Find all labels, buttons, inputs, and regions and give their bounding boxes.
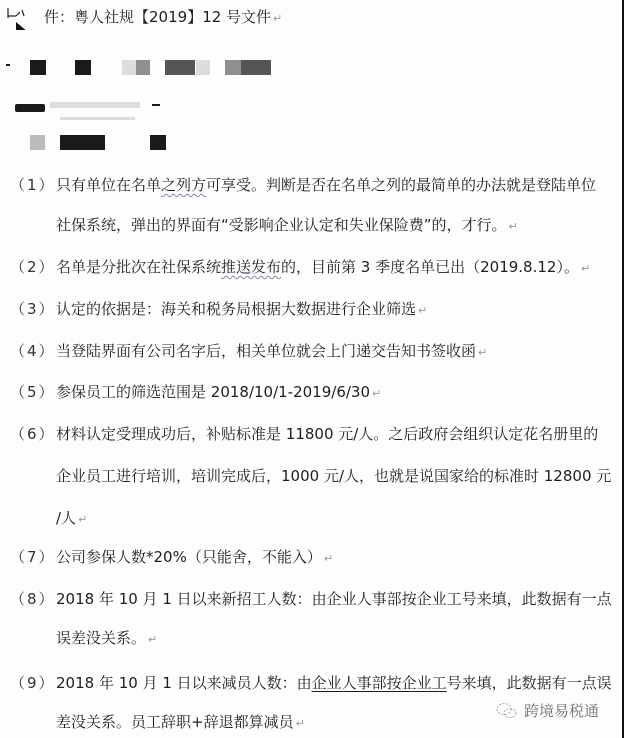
underlined-segment: 企业人事部按企业工: [312, 674, 447, 692]
item-number: （1）: [10, 175, 54, 195]
header-title: 粤人社规【2019】12 号文件: [74, 8, 271, 26]
item-number: （3）: [10, 299, 54, 319]
document-header: 件：粤人社规【2019】12 号文件↵: [8, 6, 282, 30]
redaction-block: [122, 60, 136, 75]
item-text: /人: [56, 509, 76, 527]
text-segment: 可享受。判断是否在名单之列的最简单的办法就是登陆单位: [206, 176, 596, 194]
paragraph-mark: ↵: [324, 552, 333, 565]
paragraph-mark: ↵: [418, 304, 427, 317]
item-number: （4）: [10, 341, 54, 361]
redaction-block: [50, 102, 140, 108]
item-text: 只有单位在名单之列方可享受。判断是否在名单之列的最简单的办法就是登陆单位: [56, 175, 596, 195]
item-text: 误差没关系。: [56, 629, 146, 647]
item-number: （5）: [10, 382, 54, 402]
item-number: （7）: [10, 547, 54, 567]
text-segment: 2018 年 10 月 1 日以来减员人数：由: [56, 674, 312, 692]
redaction-block: [150, 135, 166, 150]
list-item-1-cont: 社保系统，弹出的界面有“受影响企业认定和失业保险费”的，才行。↵: [56, 215, 518, 237]
item-text: 名单是分批次在社保系统推送发布的，目前第 3 季度名单已出（2019.8.12）…: [56, 257, 590, 279]
paragraph-mark: ↵: [372, 387, 381, 400]
redaction-block: [30, 60, 46, 75]
list-item-8-cont: 误差没关系。↵: [56, 628, 157, 650]
paragraph-mark: ↵: [148, 633, 157, 646]
text-segment: 的，目前第 3 季度名单已出（2019.8.12）。: [281, 258, 579, 276]
wechat-icon: [496, 702, 518, 720]
text-segment: 公司参保人数*20%（只能舍，不能入）: [56, 548, 322, 566]
item-number: （6）: [10, 424, 54, 444]
list-item-6-cont: /人↵: [56, 508, 87, 530]
redaction-block: [152, 104, 160, 106]
item-text: 认定的依据是：海关和税务局根据大数据进行企业筛选↵: [56, 299, 427, 321]
text-segment: 名单是分批次在社保系统: [56, 258, 221, 276]
text-segment: 当登陆界面有公司名字后，相关单位就会上门递交告知书签收函: [56, 342, 476, 360]
list-item-9-cont: 差没关系。员工辞职+辞退都算减员↵: [56, 712, 305, 734]
item-text: 公司参保人数*20%（只能舍，不能入）↵: [56, 547, 333, 569]
redaction-block: [60, 135, 105, 150]
paragraph-mark: ↵: [296, 717, 305, 730]
text-segment: 认定的依据是：海关和税务局根据大数据进行企业筛选: [56, 300, 416, 318]
item-number: （2）: [10, 257, 54, 277]
item-number: （9）: [10, 673, 54, 693]
paragraph-mark: ↵: [509, 220, 518, 233]
item-text: 社保系统，弹出的界面有“受影响企业认定和失业保险费”的，才行。: [56, 216, 507, 234]
redaction-block: [241, 60, 271, 75]
item-text: 企业员工进行培训，培训完成后，1000 元/人，也就是说国家给的标准时 1280…: [56, 467, 611, 485]
redaction-block: [165, 60, 195, 75]
paragraph-mark: ↵: [478, 346, 487, 359]
watermark: 跨境易税通: [496, 700, 599, 721]
item-text: 材料认定受理成功后，补贴标准是 11800 元/人。之后政府会组织认定花名册里的: [56, 424, 598, 444]
redaction-block: [196, 60, 210, 75]
header-prefix: 件：: [44, 8, 74, 26]
item-text: 差没关系。员工辞职+辞退都算减员: [56, 713, 294, 731]
paragraph-mark: ↵: [78, 513, 87, 526]
redaction-block: [225, 60, 241, 75]
redaction-block: [6, 64, 10, 66]
item-number: （8）: [10, 589, 54, 609]
text-segment: 号来填，此数据有一点误: [447, 674, 612, 692]
redaction-block: [75, 60, 91, 75]
redaction-block: [60, 117, 135, 120]
spellcheck-segment: 之列方: [161, 176, 206, 194]
item-text: 当登陆界面有公司名字后，相关单位就会上门递交告知书签收函↵: [56, 341, 487, 363]
item-text: 2018 年 10 月 1 日以来新招工人数：由企业人事部按企业工号来填，此数据…: [56, 589, 612, 609]
redaction-block: [30, 135, 45, 150]
text-segment: 参保员工的筛选范围是 2018/10/1-2019/6/30: [56, 383, 370, 401]
item-text: 参保员工的筛选范围是 2018/10/1-2019/6/30↵: [56, 382, 381, 404]
spellcheck-segment: 推送发布: [221, 258, 281, 276]
document-page: 件：粤人社规【2019】12 号文件↵ （1） 只有单位在名单之列方可享受。判断…: [0, 0, 622, 738]
paragraph-mark: ↵: [273, 12, 282, 25]
redaction-block: [15, 104, 45, 112]
redaction-block: [136, 60, 150, 75]
text-segment: 只有单位在名单: [56, 176, 161, 194]
paragraph-mark: ↵: [581, 262, 590, 275]
item-text: 2018 年 10 月 1 日以来减员人数：由企业人事部按企业工号来填，此数据有…: [56, 673, 612, 693]
watermark-label: 跨境易税通: [524, 700, 599, 721]
list-item-6-cont: 企业员工进行培训，培训完成后，1000 元/人，也就是说国家给的标准时 1280…: [56, 466, 611, 486]
